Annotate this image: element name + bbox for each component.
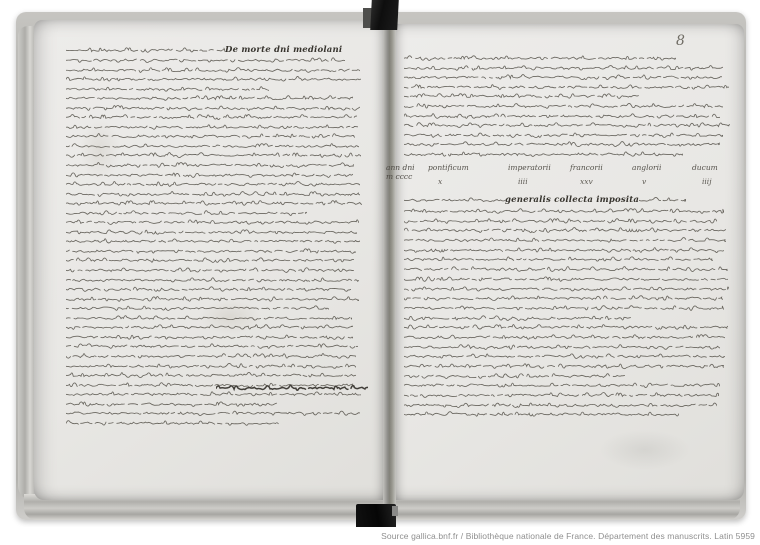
handwriting-line xyxy=(66,73,372,83)
left-page-rubric: De morte dni mediolani xyxy=(225,45,342,55)
handwriting-line xyxy=(66,121,372,131)
handwriting-line xyxy=(66,197,372,207)
handwriting-line xyxy=(404,253,740,263)
handwriting-line xyxy=(404,119,740,129)
handwriting-line xyxy=(404,224,740,234)
handwriting-line xyxy=(66,331,372,341)
handwriting-line xyxy=(404,62,740,72)
handwriting-line xyxy=(404,341,740,351)
handwriting-line xyxy=(66,159,372,169)
handwriting-line xyxy=(66,83,372,93)
column-value: iiii xyxy=(508,177,570,186)
handwriting-line xyxy=(404,321,740,331)
column-header: ducum xyxy=(692,163,748,172)
right-page-opening-paragraph xyxy=(404,52,740,158)
book-clamp-bottom-notch xyxy=(392,506,398,516)
column-header: francorii xyxy=(570,163,632,172)
handwriting-line xyxy=(404,370,740,380)
handwriting-line xyxy=(404,90,740,100)
handwriting-line xyxy=(66,54,372,64)
handwriting-line xyxy=(404,331,740,341)
handwriting-line xyxy=(66,216,372,226)
handwriting-line xyxy=(404,389,740,399)
right-page-heading-line: generalis collecta imposita xyxy=(404,194,740,205)
left-page-bold-rubric-stroke xyxy=(216,379,368,397)
handwriting-line xyxy=(66,369,372,379)
handwriting-line xyxy=(404,263,740,273)
column-header: imperatorii xyxy=(508,163,570,172)
handwriting-line xyxy=(66,92,372,102)
column-value: iiij xyxy=(692,177,748,186)
handwriting-line xyxy=(66,226,372,236)
folio-number: 8 xyxy=(676,33,685,49)
handwriting-line xyxy=(66,302,372,312)
handwriting-line xyxy=(404,283,740,293)
handwriting-line xyxy=(404,408,740,418)
margin-year-value: m cccc xyxy=(386,172,428,181)
table-column: imperatorii iiii xyxy=(508,163,570,186)
column-header: anglorii xyxy=(632,163,692,172)
handwriting-line xyxy=(404,312,740,322)
handwriting-line xyxy=(66,245,372,255)
chronicle-table: pontificum x imperatorii iiii francorii … xyxy=(428,163,748,186)
handwriting-line xyxy=(66,207,372,217)
margin-year-label: ann dni xyxy=(386,163,428,172)
column-value: x xyxy=(428,177,508,186)
handwriting-line xyxy=(66,360,372,370)
table-column: francorii xxv xyxy=(570,163,632,186)
handwriting-line xyxy=(66,398,372,408)
book-clamp-top xyxy=(370,0,399,30)
handwriting-line xyxy=(66,264,372,274)
right-page-text-block xyxy=(404,205,740,418)
handwriting-line xyxy=(66,178,372,188)
handwriting-line xyxy=(404,138,740,148)
handwriting-line xyxy=(404,292,740,302)
handwriting-line xyxy=(66,130,372,140)
handwriting-line xyxy=(404,350,740,360)
handwriting-line xyxy=(404,215,740,225)
handwriting-line xyxy=(404,379,740,389)
handwriting-line xyxy=(404,148,740,158)
source-caption: Source gallica.bnf.fr / Bibliothèque nat… xyxy=(381,531,760,541)
column-header: pontificum xyxy=(428,163,508,172)
handwriting-line xyxy=(404,110,740,120)
handwriting-line xyxy=(66,340,372,350)
book-gutter xyxy=(383,16,396,518)
table-column: ducum iiij xyxy=(692,163,748,186)
column-value: v xyxy=(632,177,692,186)
handwriting-line xyxy=(66,321,372,331)
handwriting-line xyxy=(66,350,372,360)
handwriting-line xyxy=(404,100,740,110)
handwriting-line xyxy=(66,407,372,417)
right-page-rubric: generalis collecta imposita xyxy=(505,195,639,205)
handwriting-line xyxy=(66,417,372,427)
handwriting-line xyxy=(66,169,372,179)
column-value: xxv xyxy=(570,177,632,186)
handwriting-line xyxy=(404,129,740,139)
handwriting-line xyxy=(66,111,372,121)
handwriting-line xyxy=(66,149,372,159)
handwriting-line xyxy=(404,399,740,409)
handwriting-line xyxy=(404,71,740,81)
handwriting-line xyxy=(404,244,740,254)
table-column: pontificum x xyxy=(428,163,508,186)
handwriting-line xyxy=(66,274,372,284)
handwriting-line xyxy=(404,302,740,312)
handwriting-line xyxy=(66,102,372,112)
handwriting-line xyxy=(66,140,372,150)
handwriting-line xyxy=(404,234,740,244)
handwriting-line xyxy=(404,205,740,215)
caption-bar: Source gallica.bnf.fr / Bibliothèque nat… xyxy=(0,527,760,545)
table-column: anglorii v xyxy=(632,163,692,186)
margin-year-note: ann dni m cccc xyxy=(386,163,428,181)
handwriting-line xyxy=(404,273,740,283)
handwriting-line xyxy=(66,188,372,198)
handwriting-line xyxy=(404,360,740,370)
handwriting-line xyxy=(66,283,372,293)
handwriting-line xyxy=(66,64,372,74)
left-page-text-block xyxy=(66,54,372,426)
handwriting-line xyxy=(66,312,372,322)
handwriting-line xyxy=(66,235,372,245)
handwriting-line xyxy=(404,81,740,91)
handwriting-line xyxy=(66,254,372,264)
handwriting-line xyxy=(66,293,372,303)
handwriting-line xyxy=(404,52,740,62)
